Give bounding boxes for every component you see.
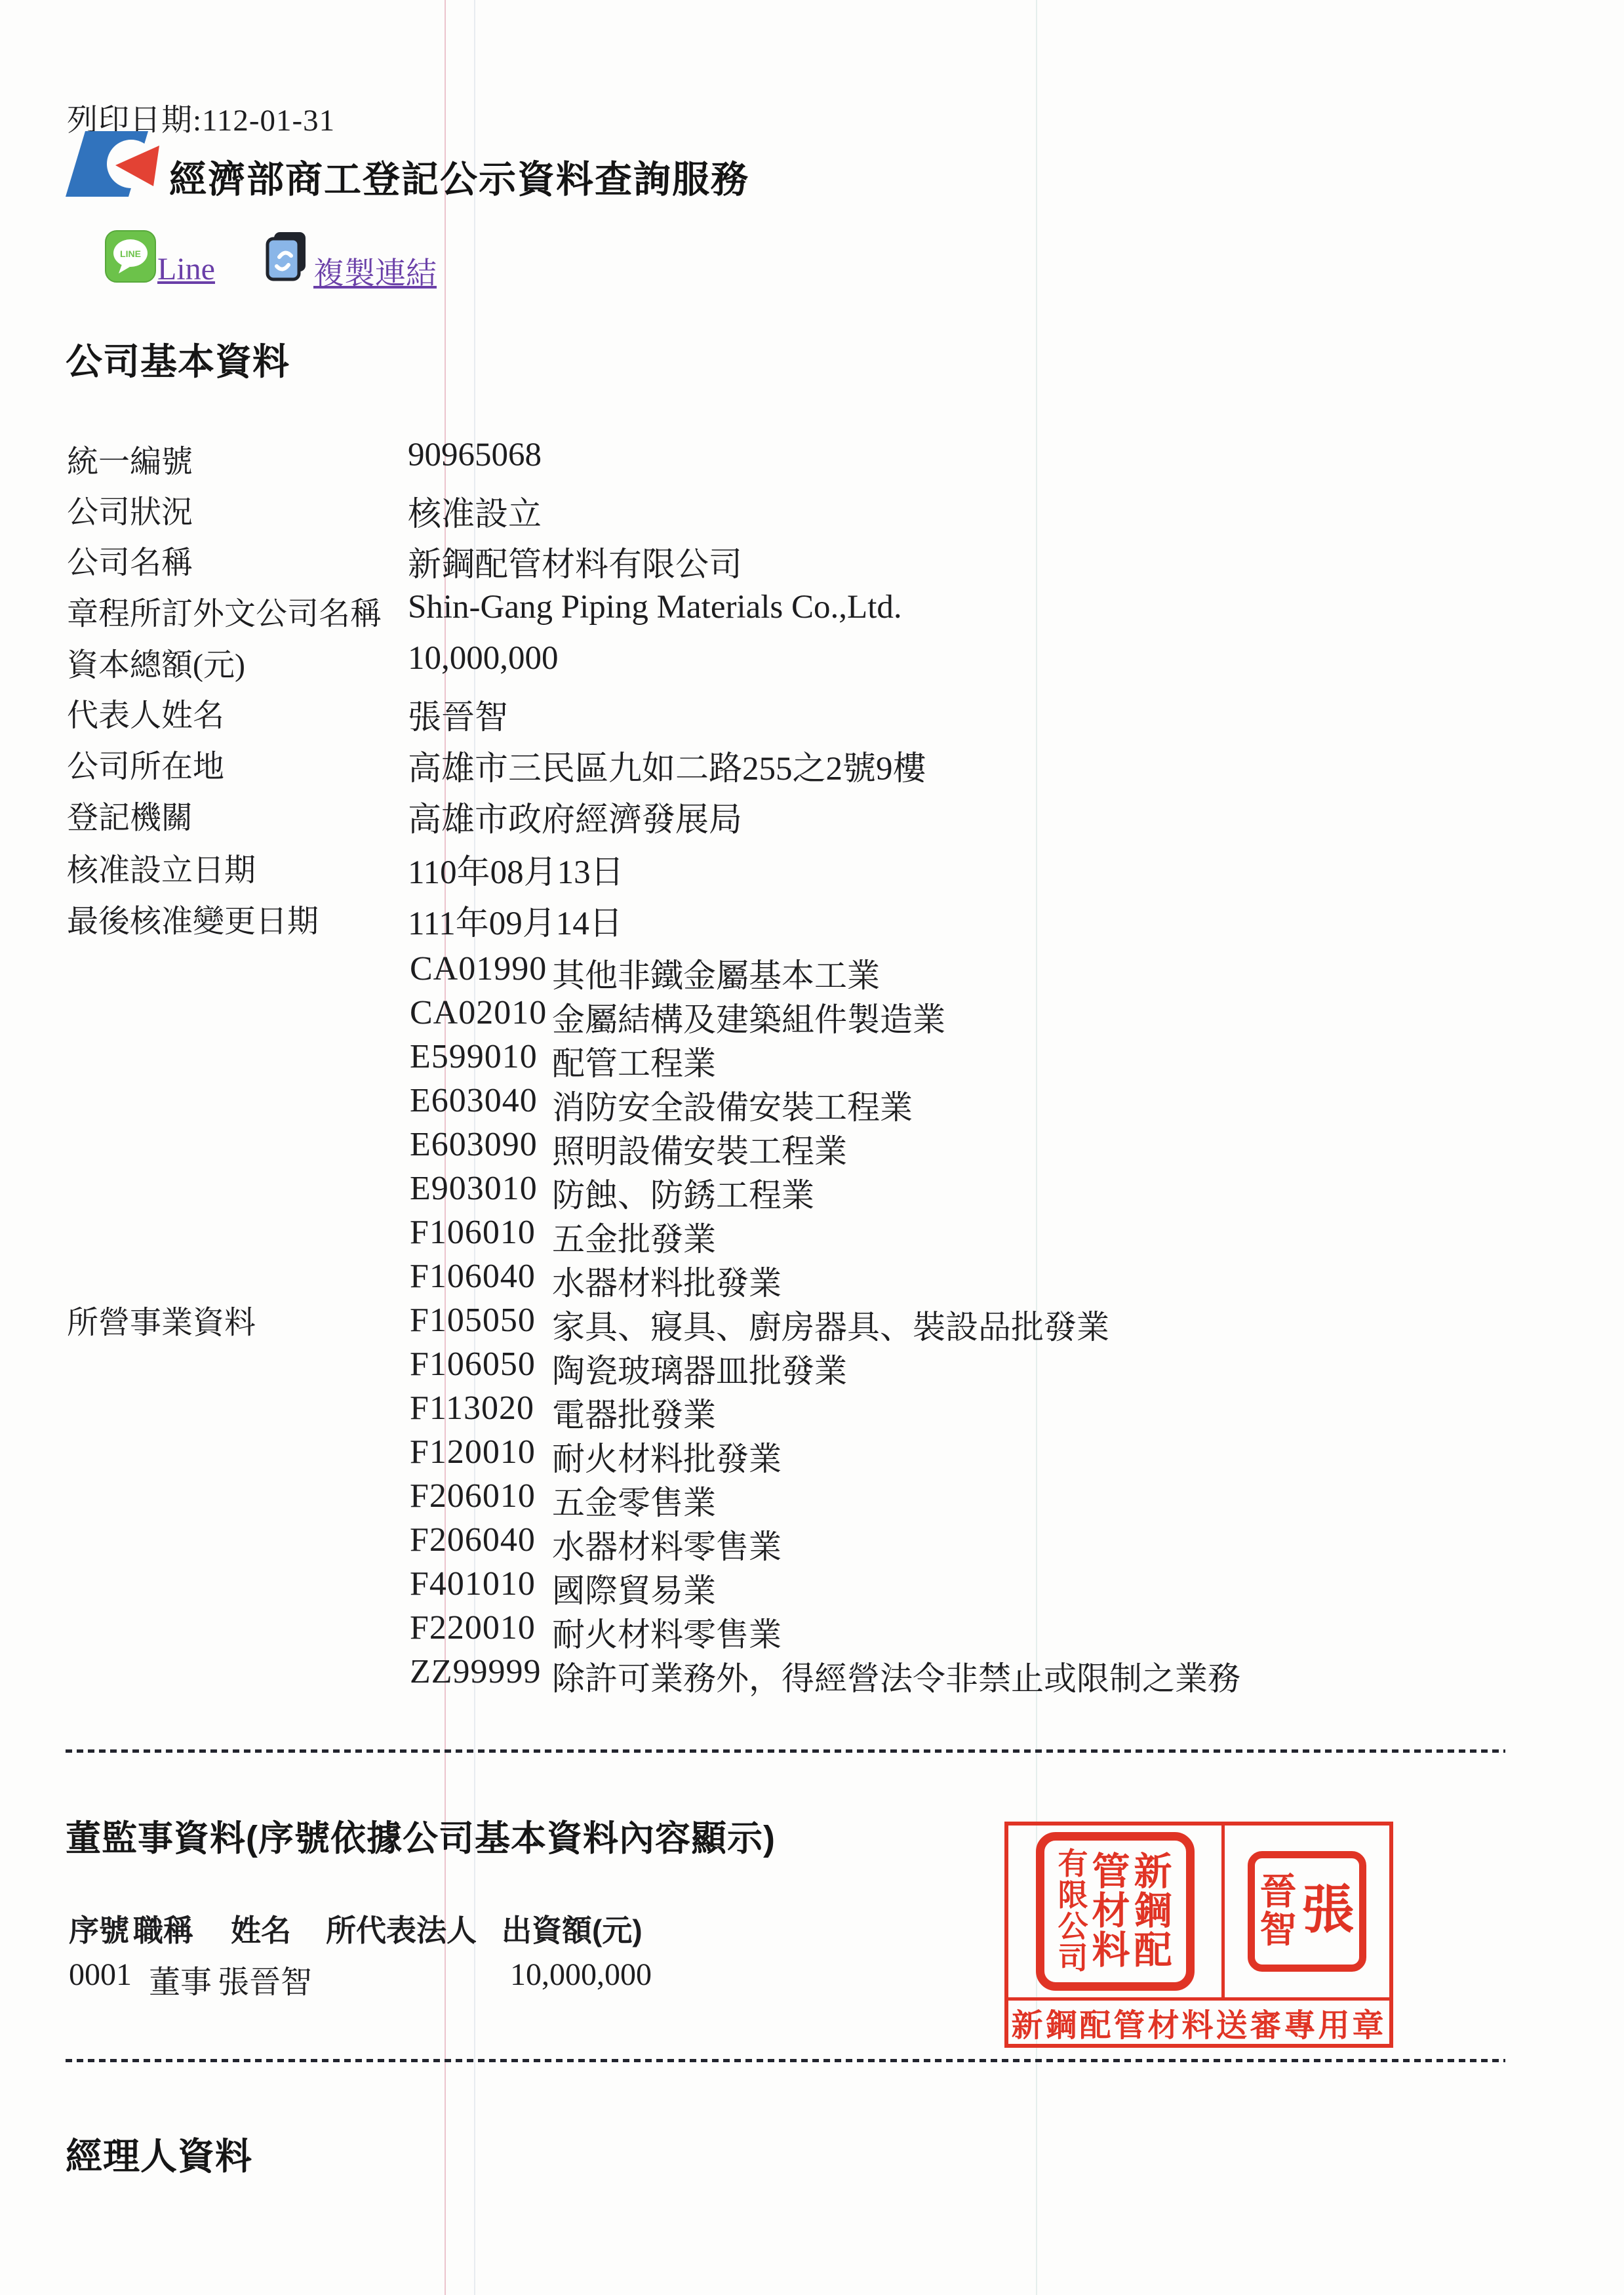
business-name: 國際貿易業 [552,1565,716,1612]
business-item-row: F113020 電器批發業 [0,1389,1624,1428]
field-value: 高雄市三民區九如二路255之2號9樓 [408,741,926,789]
business-code: ZZ99999 [410,1652,542,1691]
business-code: F401010 [410,1565,536,1603]
director-title: 董事 [149,1957,212,2002]
business-name: 除許可業務外，得經營法令非禁止或限制之業務 [552,1652,1240,1700]
business-item-row: F401010 國際貿易業 [0,1565,1624,1604]
business-item-row: ZZ99999 除許可業務外，得經營法令非禁止或限制之業務 [0,1652,1624,1692]
business-name: 防蝕、防銹工程業 [552,1169,814,1216]
business-item-row: F105050 家具、寢具、廚房器具、裝設品批發業 [0,1301,1624,1340]
business-code: F120010 [410,1433,536,1471]
field-label: 章程所訂外文公司名稱 [67,588,382,633]
business-code: F106010 [410,1213,536,1252]
info-row: 統一編號 90965068 [0,436,1624,477]
field-value: Shin-Gang Piping Materials Co.,Ltd. [408,588,902,626]
info-row: 代表人姓名 張晉智 [0,690,1624,730]
director-seq: 0001 [69,1957,132,1993]
director-amount: 10,000,000 [510,1957,652,1993]
field-label: 核准設立日期 [67,845,256,890]
field-label: 最後核准變更日期 [67,896,319,941]
business-name: 照明設備安裝工程業 [552,1125,847,1172]
person-seal-column: 張 [1302,1884,1355,1938]
business-item-row: F106050 陶瓷玻璃器皿批發業 [0,1345,1624,1384]
field-value: 高雄市政府經濟發展局 [408,792,742,841]
site-title: 經濟部商工登記公示資料查詢服務 [169,150,749,203]
business-name: 其他非鐵金屬基本工業 [552,949,880,997]
business-item-row: F120010 耐火材料批發業 [0,1433,1624,1472]
line-icon-text: LINE [120,249,141,259]
representative-seal: 張 晉智 [1248,1851,1366,1972]
business-name: 配管工程業 [552,1037,716,1085]
directors-section-heading: 董監事資料(序號依據公司基本資料內容顯示) [66,1810,776,1861]
business-code: F106040 [410,1257,536,1296]
section-separator [66,2059,1505,2062]
person-seal-column: 晉智 [1260,1873,1297,1949]
business-code: CA02010 [410,993,547,1032]
business-item-row: E903010 防蝕、防銹工程業 [0,1169,1624,1208]
business-name: 消防安全設備安裝工程業 [552,1081,913,1128]
business-item-row: CA01990 其他非鐵金屬基本工業 [0,949,1624,989]
column-header-name: 姓名 [231,1907,291,1950]
business-name: 金屬結構及建築組件製造業 [552,993,945,1041]
info-row: 登記機關 高雄市政府經濟發展局 [0,792,1624,833]
business-name: 五金零售業 [552,1477,716,1524]
business-item-row: F220010 耐火材料零售業 [0,1608,1624,1648]
stamp-seal-area: 新鋼配 管材料 有限公司 張 晉智 [1008,1826,1389,1997]
field-label: 公司所在地 [67,741,224,786]
person-seal-cell: 張 晉智 [1225,1826,1389,1997]
field-label: 公司狀況 [67,487,193,532]
business-code: E603040 [410,1081,538,1120]
line-share-link[interactable]: Line [157,251,215,287]
business-code: F206010 [410,1477,536,1515]
copy-link-icon[interactable] [264,231,309,282]
company-seal-column: 管材料 [1092,1852,1130,1971]
column-header-amount: 出資額(元) [502,1907,643,1950]
business-code: CA01990 [410,949,547,988]
info-row: 資本總額(元) 10,000,000 [0,639,1624,680]
field-label: 資本總額(元) [67,639,245,685]
business-code: F106050 [410,1345,536,1384]
field-value: 張晉智 [408,690,508,738]
manager-section-heading: 經理人資料 [66,2128,252,2180]
business-name: 耐火材料批發業 [552,1433,782,1480]
column-header-represents: 所代表法人 [326,1907,477,1950]
field-value: 110年08月13日 [408,845,624,893]
company-seal: 新鋼配 管材料 有限公司 [1036,1832,1195,1991]
business-name: 耐火材料零售業 [552,1608,782,1656]
business-name: 家具、寢具、廚房器具、裝設品批發業 [552,1301,1109,1348]
business-item-row: CA02010 金屬結構及建築組件製造業 [0,993,1624,1033]
column-header-title: 職稱 [133,1907,193,1950]
business-code: E599010 [410,1037,538,1076]
business-code: F105050 [410,1301,536,1340]
company-seal-column: 有限公司 [1058,1848,1088,1974]
field-value: 新鋼配管材料有限公司 [408,537,742,586]
info-row: 公司所在地 高雄市三民區九如二路255之2號9樓 [0,741,1624,782]
business-name: 水器材料批發業 [552,1257,782,1304]
business-name: 電器批發業 [552,1389,716,1436]
business-code: E603090 [410,1125,538,1164]
business-name: 五金批發業 [552,1213,716,1260]
approval-stamp: 新鋼配 管材料 有限公司 張 晉智 新鋼配管材料送審專用章 [1004,1822,1393,2048]
registry-printout-page: 列印日期:112-01-31 經濟部商工登記公示資料查詢服務 LINE Line… [0,0,1624,2295]
director-name: 張晉智 [218,1957,312,2002]
business-code: F206040 [410,1521,536,1559]
info-row: 公司狀況 核准設立 [0,487,1624,527]
copy-link[interactable]: 複製連結 [313,249,437,293]
field-label: 統一編號 [67,436,193,481]
info-row: 公司名稱 新鋼配管材料有限公司 [0,537,1624,578]
moea-logo-icon [66,131,161,197]
field-value: 90965068 [408,436,542,474]
field-label: 代表人姓名 [67,690,224,735]
company-section-heading: 公司基本資料 [66,333,290,386]
business-name: 陶瓷玻璃器皿批發業 [552,1345,847,1392]
stamp-caption: 新鋼配管材料送審專用章 [1008,1997,1389,2044]
field-label: 公司名稱 [67,537,193,582]
business-item-row: E599010 配管工程業 [0,1037,1624,1077]
business-item-row: F106040 水器材料批發業 [0,1257,1624,1296]
business-item-row: E603090 照明設備安裝工程業 [0,1125,1624,1165]
business-item-row: E603040 消防安全設備安裝工程業 [0,1081,1624,1121]
business-item-row: F206010 五金零售業 [0,1477,1624,1516]
business-code: F220010 [410,1608,536,1647]
info-row: 核准設立日期 110年08月13日 [0,845,1624,885]
business-code: F113020 [410,1389,534,1427]
column-header-seq: 序號 [69,1907,129,1950]
info-row: 最後核准變更日期 111年09月14日 [0,896,1624,936]
info-row: 章程所訂外文公司名稱 Shin-Gang Piping Materials Co… [0,588,1624,629]
business-code: E903010 [410,1169,538,1208]
line-icon[interactable]: LINE [105,230,156,283]
field-value: 111年09月14日 [408,896,623,944]
field-label: 登記機關 [67,792,193,837]
business-item-row: F106010 五金批發業 [0,1213,1624,1252]
business-item-row: F206040 水器材料零售業 [0,1521,1624,1560]
field-value: 核准設立 [408,487,542,535]
section-separator [66,1749,1505,1753]
field-value: 10,000,000 [408,639,559,677]
business-name: 水器材料零售業 [552,1521,782,1568]
company-seal-column: 新鋼配 [1134,1852,1172,1971]
company-seal-cell: 新鋼配 管材料 有限公司 [1008,1826,1225,1997]
